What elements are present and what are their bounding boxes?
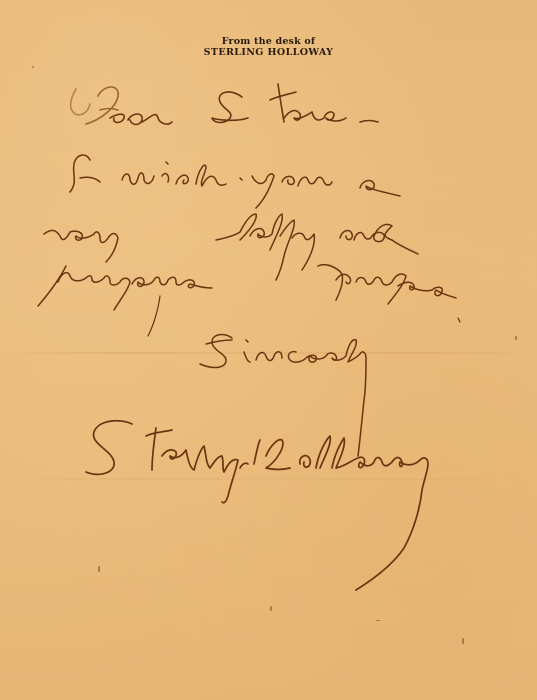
paper-speck [32, 66, 34, 68]
handwriting-signature [86, 421, 428, 590]
paper-speck [376, 620, 380, 621]
paper-speck [98, 566, 100, 572]
paper-speck [515, 336, 517, 340]
handwriting-salutation [71, 84, 378, 125]
handwriting-line-3 [38, 265, 460, 336]
paper-speck [462, 638, 464, 644]
handwriting-strokes [0, 0, 537, 700]
paper-speck [270, 606, 272, 611]
handwriting-line-2 [44, 214, 418, 280]
letter-page: From the desk of STERLING HOLLOWAY Dear … [0, 0, 537, 700]
handwriting-line-1 [70, 155, 400, 208]
handwriting-closing [200, 335, 366, 456]
